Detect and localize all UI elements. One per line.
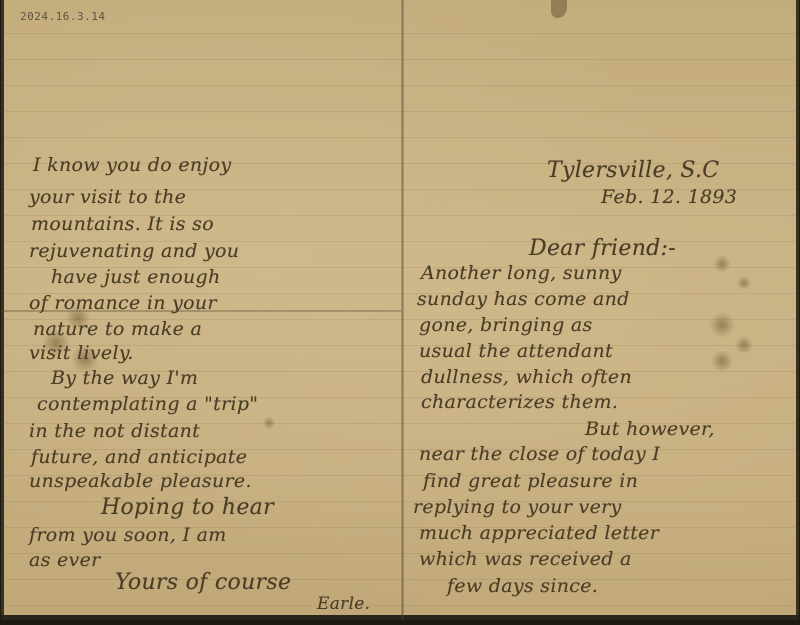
letter-line: Hoping to hear <box>101 495 274 520</box>
letter-line: your visit to the <box>29 186 186 208</box>
letter-line: as ever <box>29 549 101 571</box>
letter-line: sunday has come and <box>417 288 630 310</box>
letter-line: I know you do enjoy <box>33 154 231 176</box>
letter-line: unspeakable pleasure. <box>29 470 252 492</box>
letter-line: much appreciated letter <box>419 522 659 544</box>
letter-line: characterizes them. <box>421 391 618 413</box>
center-fold <box>401 0 404 620</box>
letter-line: few days since. <box>447 575 598 597</box>
letter-line: contemplating a "trip" <box>37 393 258 415</box>
letter-line: But however, <box>585 418 715 440</box>
letter-line: nature to make a <box>33 318 202 340</box>
letter-line: near the close of today I <box>419 443 660 465</box>
letter-line: gone, bringing as <box>419 314 593 336</box>
letter-line: usual the attendant <box>419 340 613 362</box>
letter-date: Feb. 12. 1893 <box>601 186 737 208</box>
letter-scan: 2024.16.3.14 I know you do enjoy your vi… <box>1 0 799 620</box>
scan-right-edge <box>796 0 799 620</box>
letter-line: in the not distant <box>29 420 200 442</box>
letter-line: Another long, sunny <box>421 262 622 284</box>
left-page: I know you do enjoy your visit to the mo… <box>11 0 396 620</box>
letter-line: which was received a <box>419 548 632 570</box>
letter-line: visit lively. <box>29 342 134 364</box>
letter-closing: Yours of course <box>115 570 291 595</box>
letter-line: have just enough <box>51 266 221 288</box>
letter-line: of romance in your <box>29 292 217 314</box>
letter-line: replying to your very <box>413 496 622 518</box>
letter-salutation: Dear friend:- <box>529 236 676 261</box>
letter-line: By the way I'm <box>51 367 198 389</box>
letter-line: future, and anticipate <box>31 446 247 468</box>
right-page: Tylersville, S.C Feb. 12. 1893 Dear frie… <box>409 0 794 620</box>
letter-line: dullness, which often <box>421 366 632 388</box>
letter-line: rejuvenating and you <box>29 240 239 262</box>
letter-line: mountains. It is so <box>31 213 214 235</box>
letter-line: from you soon, I am <box>29 524 227 546</box>
letter-line: find great pleasure in <box>423 470 638 492</box>
letter-place: Tylersville, S.C <box>547 158 719 183</box>
letter-signature: Earle. <box>317 594 370 614</box>
